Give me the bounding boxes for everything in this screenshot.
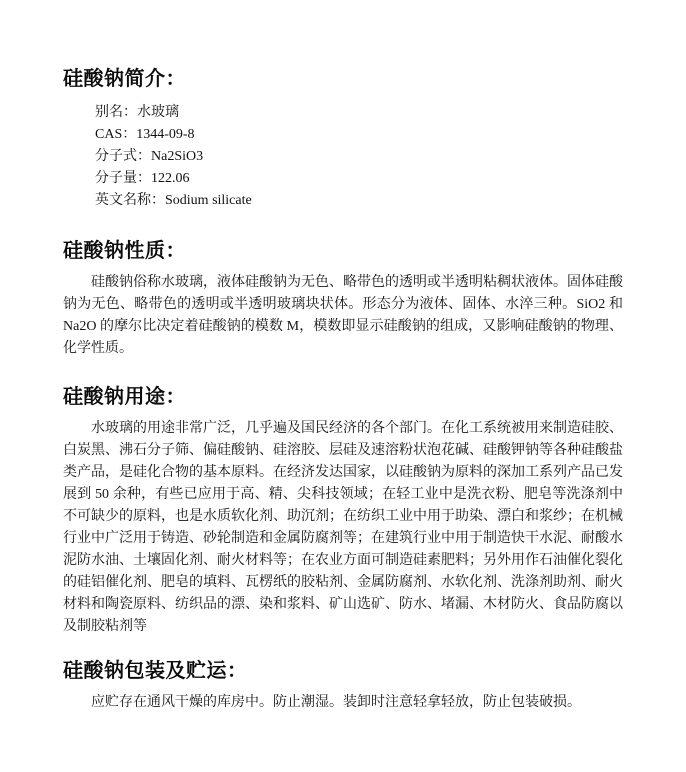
field-alias: 别名：水玻璃 xyxy=(95,102,623,124)
field-cas-value: 1344-09-8 xyxy=(136,127,194,142)
uses-paragraph: 水玻璃的用途非常广泛，几乎遍及国民经济的各个部门。在化工系统被用来制造硅胶、白炭… xyxy=(63,418,623,638)
field-alias-value: 水玻璃 xyxy=(137,105,179,120)
field-english-name: 英文名称：Sodium silicate xyxy=(95,190,623,212)
intro-heading: 硅酸钠简介： xyxy=(63,66,623,92)
packaging-heading: 硅酸钠包装及贮运： xyxy=(63,658,623,684)
field-formula: 分子式：Na2SiO3 xyxy=(95,146,623,168)
field-alias-label: 别名： xyxy=(95,105,137,120)
section-properties: 硅酸钠性质： 硅酸钠俗称水玻璃，液体硅酸钠为无色、略带色的透明或半透明粘稠状液体… xyxy=(63,238,623,360)
packaging-paragraph: 应贮存在通风干燥的库房中。防止潮湿。装卸时注意轻拿轻放，防止包装破损。 xyxy=(63,692,623,714)
properties-paragraph: 硅酸钠俗称水玻璃，液体硅酸钠为无色、略带色的透明或半透明粘稠状液体。固体硅酸钠为… xyxy=(63,272,623,360)
document-page: 硅酸钠简介： 别名：水玻璃 CAS：1344-09-8 分子式：Na2SiO3 … xyxy=(0,0,686,772)
field-molar-mass-label: 分子量： xyxy=(95,171,151,186)
uses-heading: 硅酸钠用途： xyxy=(63,384,623,410)
field-cas-label: CAS： xyxy=(95,127,136,142)
section-packaging: 硅酸钠包装及贮运： 应贮存在通风干燥的库房中。防止潮湿。装卸时注意轻拿轻放，防止… xyxy=(63,658,623,714)
field-molar-mass: 分子量：122.06 xyxy=(95,168,623,190)
section-uses: 硅酸钠用途： 水玻璃的用途非常广泛，几乎遍及国民经济的各个部门。在化工系统被用来… xyxy=(63,384,623,638)
field-formula-label: 分子式： xyxy=(95,149,151,164)
field-english-name-label: 英文名称： xyxy=(95,193,165,208)
field-cas: CAS：1344-09-8 xyxy=(95,124,623,146)
field-molar-mass-value: 122.06 xyxy=(151,171,190,186)
intro-fields: 别名：水玻璃 CAS：1344-09-8 分子式：Na2SiO3 分子量：122… xyxy=(95,102,623,212)
section-intro: 硅酸钠简介： 别名：水玻璃 CAS：1344-09-8 分子式：Na2SiO3 … xyxy=(63,66,623,212)
field-english-name-value: Sodium silicate xyxy=(165,193,252,208)
properties-heading: 硅酸钠性质： xyxy=(63,238,623,264)
field-formula-value: Na2SiO3 xyxy=(151,149,203,164)
